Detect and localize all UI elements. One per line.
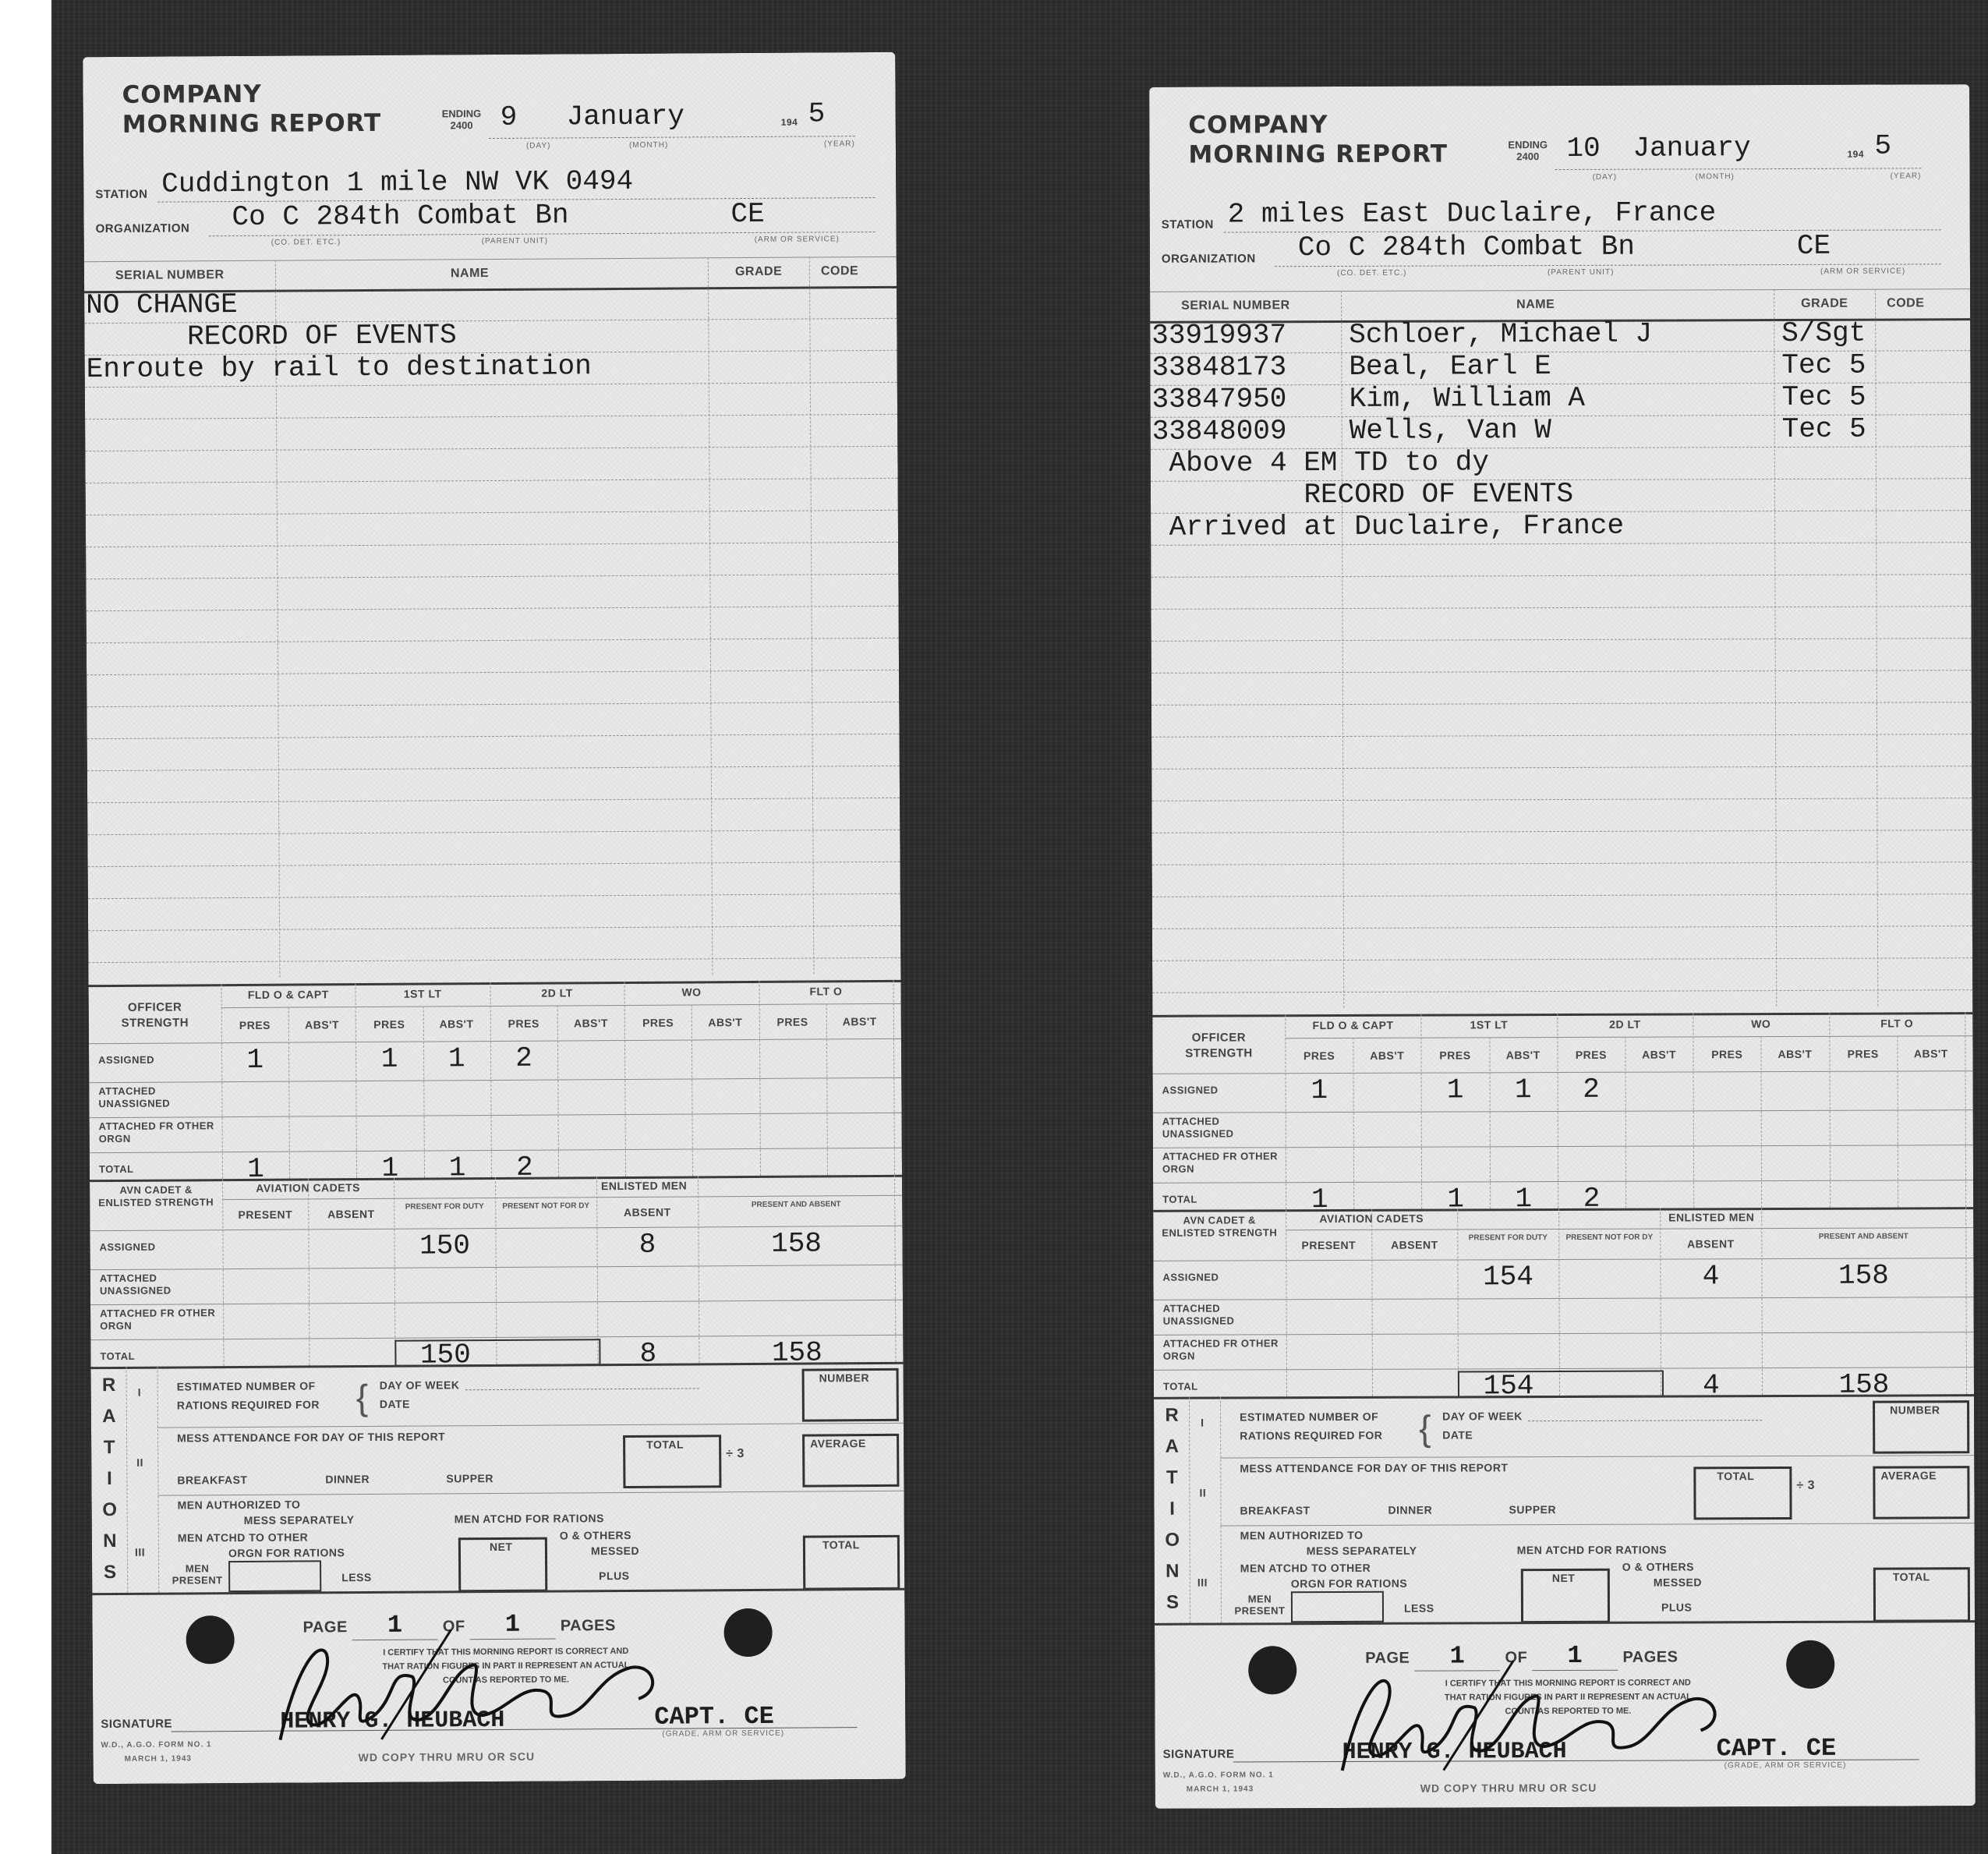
ruled-line bbox=[1151, 702, 1972, 706]
col-serial-number: SERIAL NUMBER bbox=[115, 268, 225, 283]
officer-sub-header: PRES bbox=[356, 1018, 423, 1031]
men-present-label: MEN PRESENT bbox=[1233, 1593, 1287, 1616]
officer-count-cell bbox=[423, 1081, 490, 1082]
col-divider bbox=[596, 1176, 598, 1364]
dinner-label: DINNER bbox=[325, 1473, 370, 1485]
officer-strength-label: OFFICER STRENGTH bbox=[1160, 1030, 1277, 1062]
ruled-line bbox=[87, 766, 900, 771]
officer-strength-label: OFFICER STRENGTH bbox=[97, 1000, 214, 1031]
enlisted-sub-header: PRESENT NOT FOR DY bbox=[495, 1201, 596, 1212]
number-label: NUMBER bbox=[1890, 1403, 1940, 1416]
officer-count-cell bbox=[624, 1041, 692, 1042]
total-rations-label: TOTAL bbox=[1893, 1570, 1930, 1583]
col-code: CODE bbox=[821, 264, 858, 278]
officer-group-header: WO bbox=[1693, 1017, 1829, 1031]
brace-icon: { bbox=[356, 1376, 369, 1418]
enlisted-row-label: TOTAL bbox=[1163, 1380, 1280, 1393]
officer-count-cell bbox=[221, 1083, 288, 1084]
col-divider bbox=[1625, 1037, 1626, 1208]
day-of-week-label: DAY OF WEEK bbox=[1442, 1410, 1523, 1422]
soldier-grade: S/Sgt bbox=[1781, 317, 1866, 349]
officer-count-cell: 2 bbox=[1557, 1074, 1625, 1106]
officer-sub-header: ABS'T bbox=[423, 1017, 490, 1031]
enlisted-sub-header: ABSENT bbox=[1660, 1237, 1761, 1250]
officer-count-cell bbox=[490, 1116, 557, 1117]
sub-year: (YEAR) bbox=[824, 140, 855, 148]
enlisted-count-cell bbox=[496, 1268, 597, 1268]
enlisted-sub-header: PRESENT FOR DUTY bbox=[394, 1202, 495, 1212]
enlisted-row-label: ATTACHED UNASSIGNED bbox=[1163, 1302, 1280, 1328]
sub-month: (MONTH) bbox=[629, 141, 668, 150]
enlisted-sub-header: ABSENT bbox=[1371, 1238, 1457, 1251]
officer-group-header: WO bbox=[624, 985, 759, 999]
enlisted-sub-header: PRESENT FOR DUTY bbox=[1457, 1233, 1558, 1243]
soldier-name: Schloer, Michael J bbox=[1349, 318, 1652, 351]
total-present-box bbox=[394, 1339, 600, 1367]
ruled-line bbox=[88, 957, 900, 963]
officer-group-header: FLD O & CAPT bbox=[221, 988, 356, 1001]
enlisted-strength-table: AVN CADET & ENLISTED STRENGTHAVIATION CA… bbox=[1153, 1207, 1974, 1397]
men-atchd-rations-label: MEN ATCHD FOR RATIONS bbox=[1517, 1544, 1667, 1557]
enlisted-count-cell bbox=[1762, 1298, 1966, 1299]
rule bbox=[158, 1491, 904, 1496]
rank-sub: (GRADE, ARM OR SERVICE) bbox=[662, 1729, 784, 1739]
station-value: 2 miles East Duclaire, France bbox=[1228, 196, 1717, 230]
officer-count-cell bbox=[692, 1115, 759, 1116]
enlisted-row-label: ATTACHED FR OTHER ORGN bbox=[1163, 1337, 1280, 1363]
estimated-label: ESTIMATED NUMBER OF bbox=[177, 1379, 316, 1392]
col-divider bbox=[1660, 1208, 1661, 1396]
enlisted-count-cell: 154 bbox=[1457, 1261, 1558, 1293]
ruled-line bbox=[86, 478, 898, 483]
ending-text: ENDING bbox=[1508, 139, 1548, 150]
rations-side-letter: A bbox=[97, 1406, 121, 1428]
ruled-line bbox=[88, 925, 900, 931]
enlisted-count-cell: 4 bbox=[1660, 1260, 1761, 1292]
required-label: RATIONS REQUIRED FOR bbox=[1240, 1429, 1382, 1442]
rule bbox=[1286, 1227, 1973, 1230]
rations-side-letter: O bbox=[1161, 1530, 1184, 1551]
divide-by-three: ÷ 3 bbox=[726, 1447, 745, 1461]
enlisted-count-cell bbox=[394, 1268, 496, 1269]
rations-side-letter: R bbox=[1160, 1405, 1183, 1427]
ruled-line bbox=[86, 542, 898, 547]
col-divider bbox=[308, 1178, 310, 1365]
rule bbox=[1285, 1035, 1972, 1038]
ruled-line bbox=[87, 798, 900, 803]
form-title: COMPANY MORNING REPORT bbox=[1188, 110, 1448, 170]
rations-side-letter: A bbox=[1160, 1436, 1183, 1458]
enlisted-row-label: ASSIGNED bbox=[1162, 1271, 1279, 1284]
sub-day: (DAY) bbox=[526, 142, 551, 150]
ruled-line bbox=[1152, 925, 1972, 929]
enlisted-count-cell: 158 bbox=[1761, 1259, 1965, 1292]
ruled-line bbox=[88, 862, 900, 867]
men-present-box bbox=[228, 1560, 321, 1592]
rule bbox=[221, 1003, 901, 1008]
ruled-line bbox=[1151, 606, 1971, 610]
officer-row-label: TOTAL bbox=[1162, 1193, 1279, 1206]
officer-sub-header: PRES bbox=[1421, 1049, 1489, 1061]
rations-side-letter: I bbox=[1160, 1498, 1183, 1520]
col-name: NAME bbox=[451, 267, 489, 281]
officer-count-cell bbox=[692, 1080, 759, 1081]
report-day: 9 bbox=[501, 101, 518, 133]
rations-side-letter: N bbox=[1161, 1561, 1184, 1583]
rule bbox=[89, 1077, 901, 1083]
form-number: W.D., A.G.O. FORM NO. 1 bbox=[1163, 1771, 1274, 1779]
station-value: Cuddington 1 mile NW VK 0494 bbox=[161, 165, 633, 200]
ruled-line bbox=[1151, 734, 1972, 738]
officer-row-label: ATTACHED UNASSIGNED bbox=[1162, 1115, 1279, 1141]
ruled-line bbox=[1151, 766, 1972, 770]
enlisted-count-cell bbox=[597, 1267, 699, 1268]
signer-rank: CAPT. CE bbox=[1717, 1734, 1837, 1764]
officer-count-cell bbox=[624, 1080, 692, 1081]
officer-row-label: ATTACHED FR OTHER ORGN bbox=[99, 1120, 216, 1145]
rule bbox=[1221, 1523, 1975, 1526]
required-label: RATIONS REQUIRED FOR bbox=[177, 1398, 320, 1411]
officer-count-cell bbox=[356, 1082, 423, 1083]
organization-label: ORGANIZATION bbox=[1162, 252, 1256, 265]
orgn-rations-label: ORGN FOR RATIONS bbox=[228, 1546, 345, 1559]
ruled-line bbox=[87, 670, 899, 675]
enlisted-row-label: ASSIGNED bbox=[100, 1240, 217, 1254]
rations-side-letter: O bbox=[98, 1499, 122, 1521]
entries-area bbox=[84, 286, 900, 977]
officer-count-cell bbox=[288, 1082, 356, 1083]
soldier-grade: Tec 5 bbox=[1781, 381, 1866, 413]
col-divider bbox=[1353, 1038, 1355, 1209]
men-present-label: MEN PRESENT bbox=[170, 1562, 225, 1586]
plus-label: PLUS bbox=[1661, 1601, 1692, 1613]
form-date: MARCH 1, 1943 bbox=[125, 1754, 192, 1764]
col-divider bbox=[157, 1367, 160, 1593]
rule bbox=[1153, 1145, 1973, 1148]
enlisted-count-cell bbox=[309, 1304, 394, 1305]
ruled-line bbox=[88, 893, 900, 899]
record-line: Above 4 EM TD to dy bbox=[1152, 446, 1489, 479]
signature-label: SIGNATURE bbox=[101, 1718, 172, 1732]
officer-strength-table: OFFICER STRENGTHFLD O & CAPTPRESABS'T1ST… bbox=[89, 980, 903, 1180]
organization-value: Co C 284th Combat Bn bbox=[232, 199, 568, 233]
officer-count-cell bbox=[557, 1042, 624, 1042]
officer-count-cell: 1 bbox=[423, 1042, 490, 1075]
officer-group-header: 2D LT bbox=[1557, 1017, 1693, 1031]
ruled-line bbox=[1152, 989, 1972, 993]
organization-label: ORGANIZATION bbox=[96, 221, 190, 235]
enlisted-sub-header: PRESENT NOT FOR DY bbox=[1558, 1233, 1660, 1243]
officer-count-cell bbox=[827, 1149, 894, 1150]
rule bbox=[1150, 288, 1970, 292]
orgn-rations-label: ORGN FOR RATIONS bbox=[1291, 1577, 1407, 1590]
rule bbox=[222, 1195, 902, 1200]
col-divider bbox=[1965, 1207, 1967, 1394]
supper-label: SUPPER bbox=[1509, 1503, 1556, 1516]
officer-sub-header: PRES bbox=[1285, 1049, 1353, 1062]
title-line-morning-report: MORNING REPORT bbox=[122, 108, 382, 140]
entries-list: 33919937Schloer, Michael JS/Sgt33848173B… bbox=[1150, 320, 1970, 323]
rations-section: RATIONSIIIIIIESTIMATED NUMBER OFRATIONS … bbox=[91, 1362, 905, 1593]
record-line: RECORD OF EVENTS bbox=[86, 319, 457, 353]
title-line-morning-report: MORNING REPORT bbox=[1188, 140, 1448, 170]
officer-row-label: TOTAL bbox=[99, 1162, 216, 1176]
ruled-line bbox=[87, 606, 899, 611]
officer-sub-header: ABS'T bbox=[1897, 1047, 1965, 1060]
plus-label: PLUS bbox=[599, 1569, 629, 1582]
officer-group-header: 1ST LT bbox=[356, 987, 490, 1000]
enlisted-count-cell: 150 bbox=[394, 1230, 495, 1262]
officer-row-label: ATTACHED UNASSIGNED bbox=[98, 1084, 215, 1110]
date-label: DATE bbox=[1442, 1428, 1473, 1441]
enlisted-count-cell bbox=[309, 1269, 394, 1270]
officer-sub-header: ABS'T bbox=[692, 1016, 759, 1029]
rations-side-letter: S bbox=[1161, 1592, 1184, 1614]
officer-count-cell bbox=[288, 1043, 356, 1044]
less-label: LESS bbox=[341, 1571, 372, 1583]
punch-hole-icon bbox=[1248, 1646, 1296, 1694]
officer-count-cell bbox=[289, 1152, 356, 1153]
men-atchd-other-label: MEN ATCHD TO OTHER bbox=[178, 1530, 309, 1544]
enlisted-sub-header: ABSENT bbox=[308, 1208, 394, 1221]
estimated-label: ESTIMATED NUMBER OF bbox=[1240, 1410, 1378, 1424]
enlisted-row-label: ATTACHED FR OTHER ORGN bbox=[100, 1307, 217, 1332]
average-label: AVERAGE bbox=[1880, 1469, 1937, 1481]
messed-label: MESSED bbox=[1654, 1576, 1702, 1588]
rank-sub: (GRADE, ARM OR SERVICE) bbox=[1724, 1761, 1847, 1771]
ending-text: ENDING bbox=[442, 108, 482, 119]
officer-count-cell bbox=[826, 1040, 893, 1041]
part-number: II bbox=[1199, 1487, 1206, 1499]
organization-value: Co C 284th Combat Bn bbox=[1298, 231, 1635, 264]
col-divider bbox=[826, 1003, 827, 1175]
officer-count-cell bbox=[692, 1041, 759, 1042]
morning-report-form-right: COMPANY MORNING REPORT ENDING 2400 10 Ja… bbox=[1149, 84, 1976, 1809]
rations-side-letter: N bbox=[98, 1530, 122, 1552]
officer-count-cell: 1 bbox=[356, 1043, 423, 1076]
serial-number: 33848173 bbox=[1151, 351, 1286, 384]
officer-count-cell bbox=[558, 1116, 625, 1116]
day-of-week-label: DAY OF WEEK bbox=[380, 1378, 460, 1392]
sub-org: (CO. DET. ETC.) bbox=[271, 238, 341, 247]
officer-count-cell: 1 bbox=[221, 1044, 288, 1077]
rations-side-letter: R bbox=[97, 1375, 121, 1396]
total-present-box bbox=[1458, 1371, 1664, 1398]
enlisted-count-cell bbox=[597, 1302, 699, 1303]
ruled-line bbox=[85, 446, 897, 451]
year-prefix: 194 bbox=[781, 117, 798, 128]
mess-attendance-label: MESS ATTENDANCE FOR DAY OF THIS REPORT bbox=[177, 1430, 445, 1444]
enlisted-count-cell bbox=[1762, 1333, 1966, 1334]
men-present-box bbox=[1291, 1591, 1384, 1622]
soldier-name: Kim, William A bbox=[1349, 382, 1585, 415]
arm-value: CE bbox=[1797, 230, 1831, 262]
handwritten-signature-icon bbox=[1326, 1652, 1732, 1786]
officer-count-cell bbox=[759, 1079, 826, 1080]
officer-count-cell bbox=[759, 1114, 826, 1115]
col-name: NAME bbox=[1516, 298, 1555, 312]
rule bbox=[1220, 1455, 1974, 1458]
enlisted-count-cell bbox=[309, 1339, 394, 1340]
mess-separately-label: MESS SEPARATELY bbox=[244, 1513, 355, 1527]
col-code: CODE bbox=[1887, 296, 1924, 310]
record-line: Arrived at Duclaire, France bbox=[1152, 510, 1624, 543]
officer-group-header: FLT O bbox=[1829, 1017, 1965, 1030]
form-date: MARCH 1, 1943 bbox=[1187, 1785, 1254, 1793]
sub-parent: (PARENT UNIT) bbox=[482, 237, 548, 246]
officer-sub-header: ABS'T bbox=[1353, 1049, 1421, 1062]
col-divider bbox=[1897, 1035, 1898, 1207]
officer-group-header: 1ST LT bbox=[1421, 1018, 1557, 1031]
ruled-line bbox=[87, 638, 899, 643]
officer-count-cell bbox=[423, 1116, 490, 1117]
record-line: Enroute by rail to destination bbox=[87, 350, 592, 385]
officer-count-cell bbox=[625, 1115, 692, 1116]
enlisted-count-cell bbox=[223, 1269, 309, 1270]
col-divider bbox=[1189, 1397, 1190, 1623]
col-divider bbox=[692, 1004, 693, 1176]
enlisted-sub-header: PRESENT AND ABSENT bbox=[698, 1200, 894, 1211]
breakfast-label: BREAKFAST bbox=[1240, 1504, 1310, 1516]
record-line: NO CHANGE bbox=[86, 288, 238, 321]
net-label: NET bbox=[1552, 1572, 1576, 1584]
punch-hole-icon bbox=[186, 1615, 234, 1664]
men-atchd-rations-label: MEN ATCHD FOR RATIONS bbox=[455, 1512, 604, 1525]
men-atchd-other-label: MEN ATCHD TO OTHER bbox=[1240, 1562, 1371, 1575]
sub-year: (YEAR) bbox=[1891, 172, 1922, 180]
sub-parent: (PARENT UNIT) bbox=[1548, 268, 1614, 277]
messed-label: MESSED bbox=[591, 1544, 639, 1557]
officer-sub-header: PRES bbox=[624, 1016, 692, 1029]
officer-sub-header: ABS'T bbox=[557, 1017, 624, 1030]
enlisted-row-label: TOTAL bbox=[100, 1350, 217, 1363]
officer-count-cell bbox=[692, 1150, 759, 1151]
soldier-grade: Tec 5 bbox=[1782, 413, 1866, 445]
serial-number: 33847950 bbox=[1151, 383, 1286, 416]
enlisted-strength-label: AVN CADET & ENLISTED STRENGTH bbox=[1161, 1214, 1278, 1240]
part-number: I bbox=[138, 1386, 141, 1399]
station-label: STATION bbox=[1162, 218, 1214, 232]
officer-sub-header: PRES bbox=[1693, 1048, 1761, 1060]
officer-group-header: FLD O & CAPT bbox=[1285, 1019, 1420, 1032]
sub-arm: (ARM OR SERVICE) bbox=[755, 235, 840, 244]
report-month: January bbox=[1632, 132, 1750, 165]
ending-time: 2400 bbox=[442, 119, 482, 131]
breakfast-label: BREAKFAST bbox=[177, 1474, 247, 1487]
total-rations-label: TOTAL bbox=[822, 1538, 860, 1551]
col-divider bbox=[423, 1007, 424, 1178]
number-label: NUMBER bbox=[819, 1371, 870, 1384]
part-number: I bbox=[1201, 1417, 1204, 1429]
col-divider bbox=[557, 1006, 559, 1177]
ruled-line bbox=[87, 702, 899, 707]
officer-sub-header: PRES bbox=[759, 1015, 826, 1028]
col-divider bbox=[126, 1367, 129, 1593]
enlisted-count-cell bbox=[496, 1303, 597, 1304]
day-of-week-line bbox=[465, 1388, 699, 1390]
divide-by-three: ÷ 3 bbox=[1796, 1479, 1815, 1493]
col-divider bbox=[1371, 1209, 1373, 1396]
title-line-company: COMPANY bbox=[122, 79, 381, 110]
enlisted-count-cell: 158 bbox=[698, 1227, 894, 1261]
day-of-week-line bbox=[1528, 1420, 1762, 1421]
part-number: II bbox=[136, 1456, 143, 1469]
sub-org: (CO. DET. ETC.) bbox=[1337, 269, 1406, 278]
enlisted-count-cell bbox=[308, 1230, 394, 1231]
serial-number: 33919937 bbox=[1151, 319, 1286, 352]
rule bbox=[157, 1423, 904, 1428]
rule bbox=[1153, 1109, 1973, 1113]
officer-sub-header: PRES bbox=[490, 1017, 557, 1031]
report-year: 5 bbox=[808, 97, 826, 129]
soldier-name: Wells, Van W bbox=[1350, 414, 1551, 447]
officer-row-label: ATTACHED FR OTHER ORGN bbox=[1162, 1150, 1279, 1176]
enlisted-sub-header: PRESENT AND ABSENT bbox=[1761, 1232, 1965, 1242]
total-label: TOTAL bbox=[1717, 1470, 1754, 1482]
officer-count-cell: 1 bbox=[1421, 1074, 1489, 1106]
officer-row-label: ASSIGNED bbox=[98, 1053, 215, 1067]
rations-side-letter: T bbox=[97, 1437, 121, 1459]
officer-count-cell bbox=[826, 1114, 893, 1115]
col-grade: GRADE bbox=[1801, 297, 1848, 311]
ruled-line bbox=[1151, 798, 1972, 801]
enlisted-count-cell bbox=[394, 1304, 496, 1304]
form-number: W.D., A.G.O. FORM NO. 1 bbox=[101, 1740, 211, 1750]
officer-count-cell bbox=[222, 1118, 289, 1119]
enlisted-count-cell: 8 bbox=[596, 1228, 698, 1261]
officer-row-label: ASSIGNED bbox=[1162, 1084, 1279, 1097]
men-authorized-label: MEN AUTHORIZED TO bbox=[1240, 1529, 1364, 1542]
less-label: LESS bbox=[1404, 1602, 1434, 1615]
officer-count-cell bbox=[289, 1117, 356, 1118]
enlisted-row-label: ATTACHED UNASSIGNED bbox=[100, 1272, 217, 1297]
col-divider bbox=[1761, 1036, 1763, 1208]
ruled-line bbox=[1152, 893, 1972, 897]
ruled-line bbox=[1151, 574, 1971, 578]
signature-label: SIGNATURE bbox=[1163, 1747, 1235, 1760]
part-number: III bbox=[1197, 1576, 1208, 1589]
officer-group-header: FLT O bbox=[759, 985, 893, 998]
col-serial-number: SERIAL NUMBER bbox=[1181, 299, 1290, 313]
net-label: NET bbox=[490, 1541, 513, 1553]
col-divider bbox=[1286, 1209, 1287, 1396]
officer-count-cell bbox=[557, 1081, 624, 1081]
ruled-line bbox=[1152, 957, 1972, 961]
soldier-grade: Tec 5 bbox=[1781, 349, 1866, 381]
report-day: 10 bbox=[1566, 133, 1600, 165]
rule bbox=[90, 1113, 902, 1118]
men-authorized-label: MEN AUTHORIZED TO bbox=[178, 1498, 301, 1512]
year-prefix: 194 bbox=[1847, 149, 1864, 160]
enlisted-strength-label: AVN CADET & ENLISTED STRENGTH bbox=[97, 1184, 214, 1209]
average-label: AVERAGE bbox=[810, 1437, 866, 1449]
officer-count-cell bbox=[826, 1079, 893, 1080]
ruled-line bbox=[86, 510, 898, 515]
ruled-line bbox=[87, 734, 900, 739]
officer-count-cell bbox=[558, 1151, 625, 1152]
officer-sub-header: PRES bbox=[1829, 1048, 1897, 1060]
ending-time: 2400 bbox=[1508, 150, 1548, 162]
officer-count-cell: 1 bbox=[1489, 1074, 1557, 1106]
supper-label: SUPPER bbox=[446, 1472, 493, 1484]
form-title: COMPANY MORNING REPORT bbox=[122, 79, 381, 140]
serial-number: 33848009 bbox=[1152, 415, 1287, 448]
record-line: RECORD OF EVENTS bbox=[1152, 478, 1573, 511]
enlisted-men-header: ENLISTED MEN bbox=[1457, 1210, 1965, 1224]
officer-sub-header: ABS'T bbox=[1761, 1048, 1829, 1060]
col-divider bbox=[288, 1007, 290, 1179]
officer-sub-header: PRES bbox=[1557, 1049, 1625, 1061]
